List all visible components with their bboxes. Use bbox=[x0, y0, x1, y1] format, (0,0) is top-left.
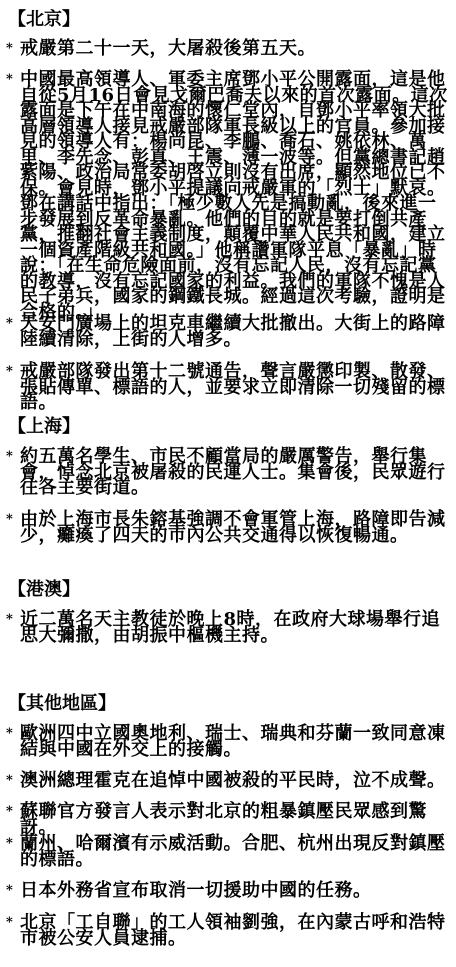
list-item: * 戒嚴第二十一天，大屠殺後第五天。 bbox=[6, 41, 452, 57]
section-heading-hk-macau: 【港澳】 bbox=[8, 581, 80, 599]
item-text: 戒嚴部隊發出第十二號通告，聲言嚴懲印製、散發、張貼傳單、標語的人，並要求立即清除… bbox=[20, 364, 452, 411]
item-text: 近二萬名天主教徒於晚上8時，在政府大球場舉行追思大彌撒，由胡振中樞機主持。 bbox=[20, 612, 452, 643]
list-item: * 日本外務省宣布取消一切援助中國的任務。 bbox=[6, 883, 452, 899]
section-heading-beijing: 【北京】 bbox=[8, 11, 80, 29]
list-item: * 澳洲總理霍克在追悼中國被殺的平民時，泣不成聲。 bbox=[6, 773, 452, 789]
item-text: 蘭州、哈爾濱有示威活動。合肥、杭州出現反對鎮壓的標語。 bbox=[20, 836, 452, 867]
bullet-asterisk-icon: * bbox=[6, 726, 13, 741]
list-item: * 蘭州、哈爾濱有示威活動。合肥、杭州出現反對鎮壓的標語。 bbox=[6, 836, 452, 867]
bullet-asterisk-icon: * bbox=[6, 316, 13, 331]
list-item: * 歐洲四中立國奧地利、瑞士、瑞典和芬蘭一致同意凍結與中國在外交上的接觸。 bbox=[6, 726, 452, 757]
item-text: 中國最高領導人、軍委主席鄧小平公開露面，這是他自從5月16日會見戈爾巴喬夫以來的… bbox=[20, 72, 452, 320]
section-heading-shanghai: 【上海】 bbox=[8, 418, 80, 436]
bullet-asterisk-icon: * bbox=[6, 773, 13, 788]
bullet-asterisk-icon: * bbox=[6, 72, 13, 87]
bullet-asterisk-icon: * bbox=[6, 41, 13, 56]
item-text: 歐洲四中立國奧地利、瑞士、瑞典和芬蘭一致同意凍結與中國在外交上的接觸。 bbox=[20, 726, 452, 757]
bullet-asterisk-icon: * bbox=[6, 804, 13, 819]
bullet-asterisk-icon: * bbox=[6, 836, 13, 851]
bullet-asterisk-icon: * bbox=[6, 612, 13, 627]
bullet-asterisk-icon: * bbox=[6, 364, 13, 379]
bullet-asterisk-icon: * bbox=[6, 512, 13, 527]
item-text: 戒嚴第二十一天，大屠殺後第五天。 bbox=[20, 41, 452, 57]
item-text: 天安門廣場上的坦克車繼續大批撤出。大街上的路障陸續清除，上街的人增多。 bbox=[20, 316, 452, 347]
section-heading-other-regions: 【其他地區】 bbox=[8, 695, 116, 713]
list-item: * 蘇聯官方發言人表示對北京的粗暴鎮壓民眾感到驚訝。 bbox=[6, 804, 452, 835]
list-item: * 戒嚴部隊發出第十二號通告，聲言嚴懲印製、散發、張貼傳單、標語的人，並要求立即… bbox=[6, 364, 452, 411]
list-item: * 北京「工自聯」的工人領袖劉強，在內蒙古呼和浩特市被公安人員逮捕。 bbox=[6, 915, 452, 946]
item-text: 由於上海市長朱鎔基強調不會軍管上海，路障即告減少，癱瘓了四天的市內公共交通得以恢… bbox=[20, 512, 452, 543]
bullet-asterisk-icon: * bbox=[6, 883, 13, 898]
item-text: 蘇聯官方發言人表示對北京的粗暴鎮壓民眾感到驚訝。 bbox=[20, 804, 452, 835]
item-text: 澳洲總理霍克在追悼中國被殺的平民時，泣不成聲。 bbox=[20, 773, 452, 789]
item-text: 北京「工自聯」的工人領袖劉強，在內蒙古呼和浩特市被公安人員逮捕。 bbox=[20, 915, 452, 946]
list-item: * 近二萬名天主教徒於晚上8時，在政府大球場舉行追思大彌撒，由胡振中樞機主持。 bbox=[6, 612, 452, 643]
list-item: * 天安門廣場上的坦克車繼續大批撤出。大街上的路障陸續清除，上街的人增多。 bbox=[6, 316, 452, 347]
list-item: * 中國最高領導人、軍委主席鄧小平公開露面，這是他自從5月16日會見戈爾巴喬夫以… bbox=[6, 72, 452, 320]
list-item: * 約五萬名學生、市民不顧當局的嚴厲警告，舉行集會，悼念北京被屠殺的民運人士。集… bbox=[6, 449, 452, 496]
bullet-asterisk-icon: * bbox=[6, 915, 13, 930]
item-text: 日本外務省宣布取消一切援助中國的任務。 bbox=[20, 883, 452, 899]
list-item: * 由於上海市長朱鎔基強調不會軍管上海，路障即告減少，癱瘓了四天的市內公共交通得… bbox=[6, 512, 452, 543]
item-text: 約五萬名學生、市民不顧當局的嚴厲警告，舉行集會，悼念北京被屠殺的民運人士。集會後… bbox=[20, 449, 452, 496]
bullet-asterisk-icon: * bbox=[6, 449, 13, 464]
